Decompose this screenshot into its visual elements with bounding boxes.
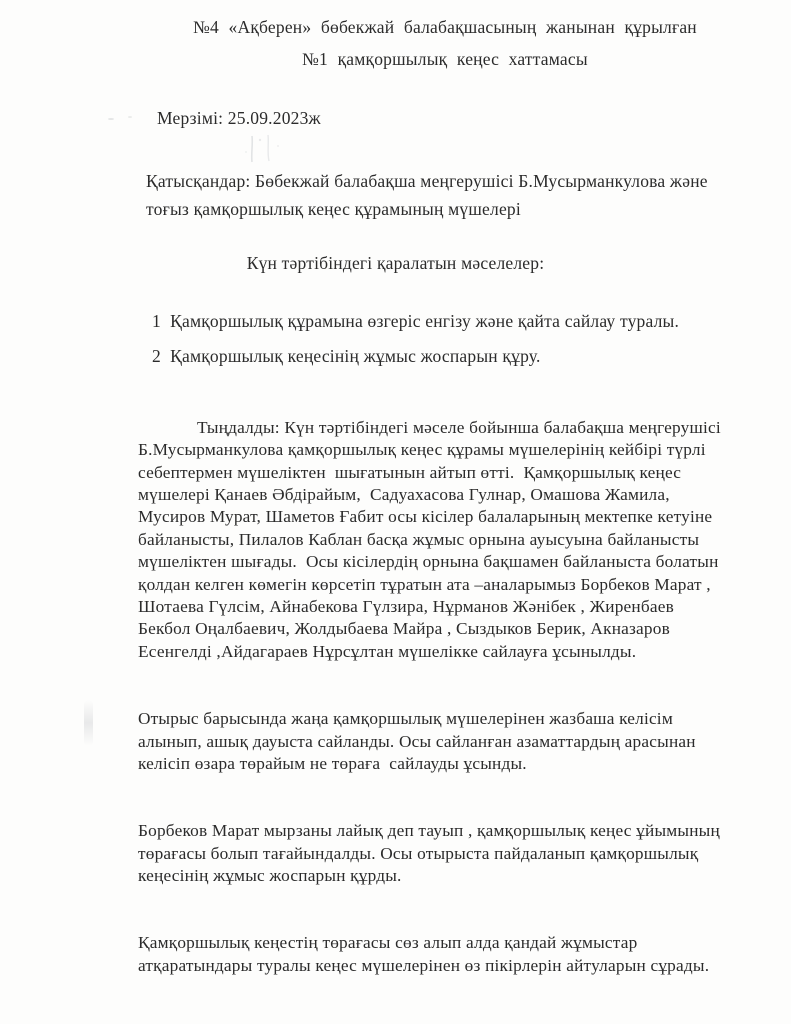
body-paragraph-3: Борбеков Марат мырзаны лайық деп тауып ,…: [138, 820, 721, 887]
participants-paragraph: Қатысқандар: Бөбекжай балабақша меңгеруш…: [146, 168, 708, 223]
agenda-item-1: 1 Қамқоршылық құрамына өзгеріс енгізу жә…: [152, 311, 679, 332]
document-title-line1: №4 «Ақберен» бөбекжай балабақшасының жан…: [100, 17, 790, 38]
body-paragraph-2: Отырыс барысында жаңа қамқоршылық мүшеле…: [138, 708, 721, 775]
document-title-line2: №1 қамқоршылық кеңес хаттамасы: [100, 49, 790, 70]
scan-speck: [128, 116, 132, 118]
body-paragraph-1: Тыңдалды: Күн тәртібіндегі мәселе бойынш…: [138, 417, 721, 663]
date-line: Мерзімі: 25.09.2023ж: [157, 108, 321, 129]
body-paragraph-4: Қамқоршылық кеңестің төрағасы сөз алып а…: [138, 932, 721, 977]
pencil-smudge-mark: [238, 132, 292, 170]
scan-speck: [108, 118, 114, 120]
scanned-document-page: №4 «Ақберен» бөбекжай балабақшасының жан…: [0, 0, 791, 1024]
scan-edge-smudge: [84, 700, 93, 746]
document-body: Тыңдалды: Күн тәртібіндегі мәселе бойынш…: [138, 372, 721, 1022]
agenda-heading: Күн тәртібіндегі қаралатын мәселелер:: [0, 253, 791, 274]
agenda-item-2: 2 Қамқоршылық кеңесінің жұмыс жоспарын қ…: [152, 346, 541, 367]
